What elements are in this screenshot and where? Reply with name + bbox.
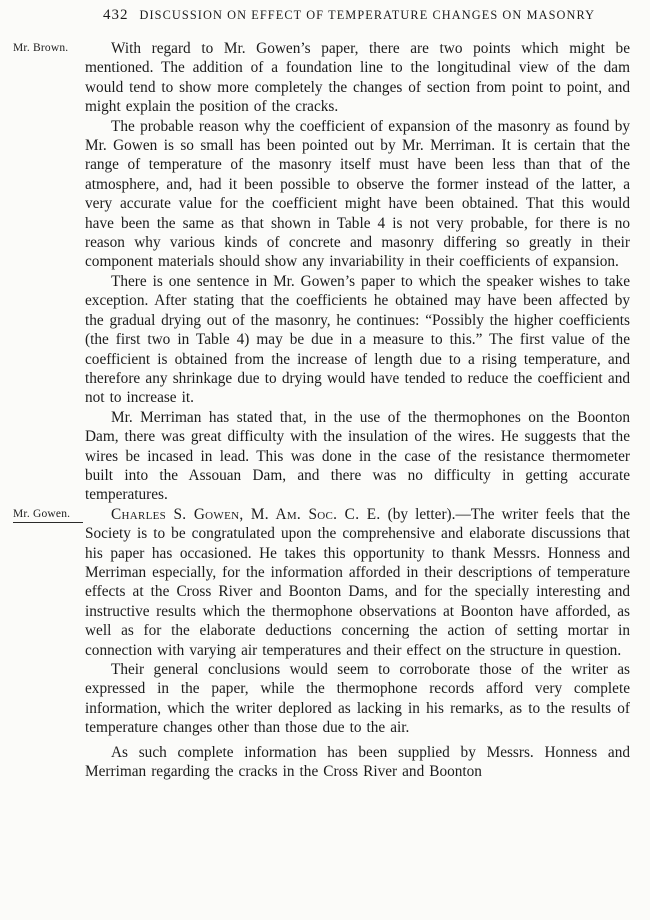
scanned-book-page: 432DISCUSSION ON EFFECT OF TEMPERATURE C… [0, 0, 650, 920]
margin-note-mr-gowen: Mr. Gowen. [13, 508, 83, 523]
paragraph-text: There is one sentence in Mr. Gowen’s pap… [85, 273, 630, 406]
running-title: DISCUSSION ON EFFECT OF TEMPERATURE CHAN… [140, 8, 596, 22]
paragraph-text: Their general conclusions would seem to … [85, 661, 630, 736]
paragraph-text: Mr. Merriman has stated that, in the use… [85, 409, 630, 504]
paragraph: Their general conclusions would seem to … [85, 660, 630, 738]
text-column: Mr. Brown.With regard to Mr. Gowen’s pap… [85, 39, 630, 781]
paragraph-text: With regard to Mr. Gowen’s paper, there … [85, 40, 630, 115]
speaker-name: Charles S. Gowen, M. Am. Soc. C. E. [111, 506, 381, 523]
paragraph: Mr. Gowen.Charles S. Gowen, M. Am. Soc. … [85, 505, 630, 660]
paragraph: There is one sentence in Mr. Gowen’s pap… [85, 272, 630, 408]
paragraph: As such complete information has been su… [85, 743, 630, 782]
paragraph: Mr. Merriman has stated that, in the use… [85, 408, 630, 505]
paragraph-text: (by letter).—The writer feels that the S… [85, 506, 630, 659]
paragraph-text: The probable reason why the coefficient … [85, 118, 630, 271]
page-number: 432 [103, 7, 129, 23]
paragraph-text: As such complete information has been su… [85, 744, 630, 780]
paragraph: The probable reason why the coefficient … [85, 117, 630, 272]
running-head: 432DISCUSSION ON EFFECT OF TEMPERATURE C… [103, 0, 650, 24]
margin-note-mr-brown: Mr. Brown. [13, 42, 83, 55]
paragraph: Mr. Brown.With regard to Mr. Gowen’s pap… [85, 39, 630, 117]
